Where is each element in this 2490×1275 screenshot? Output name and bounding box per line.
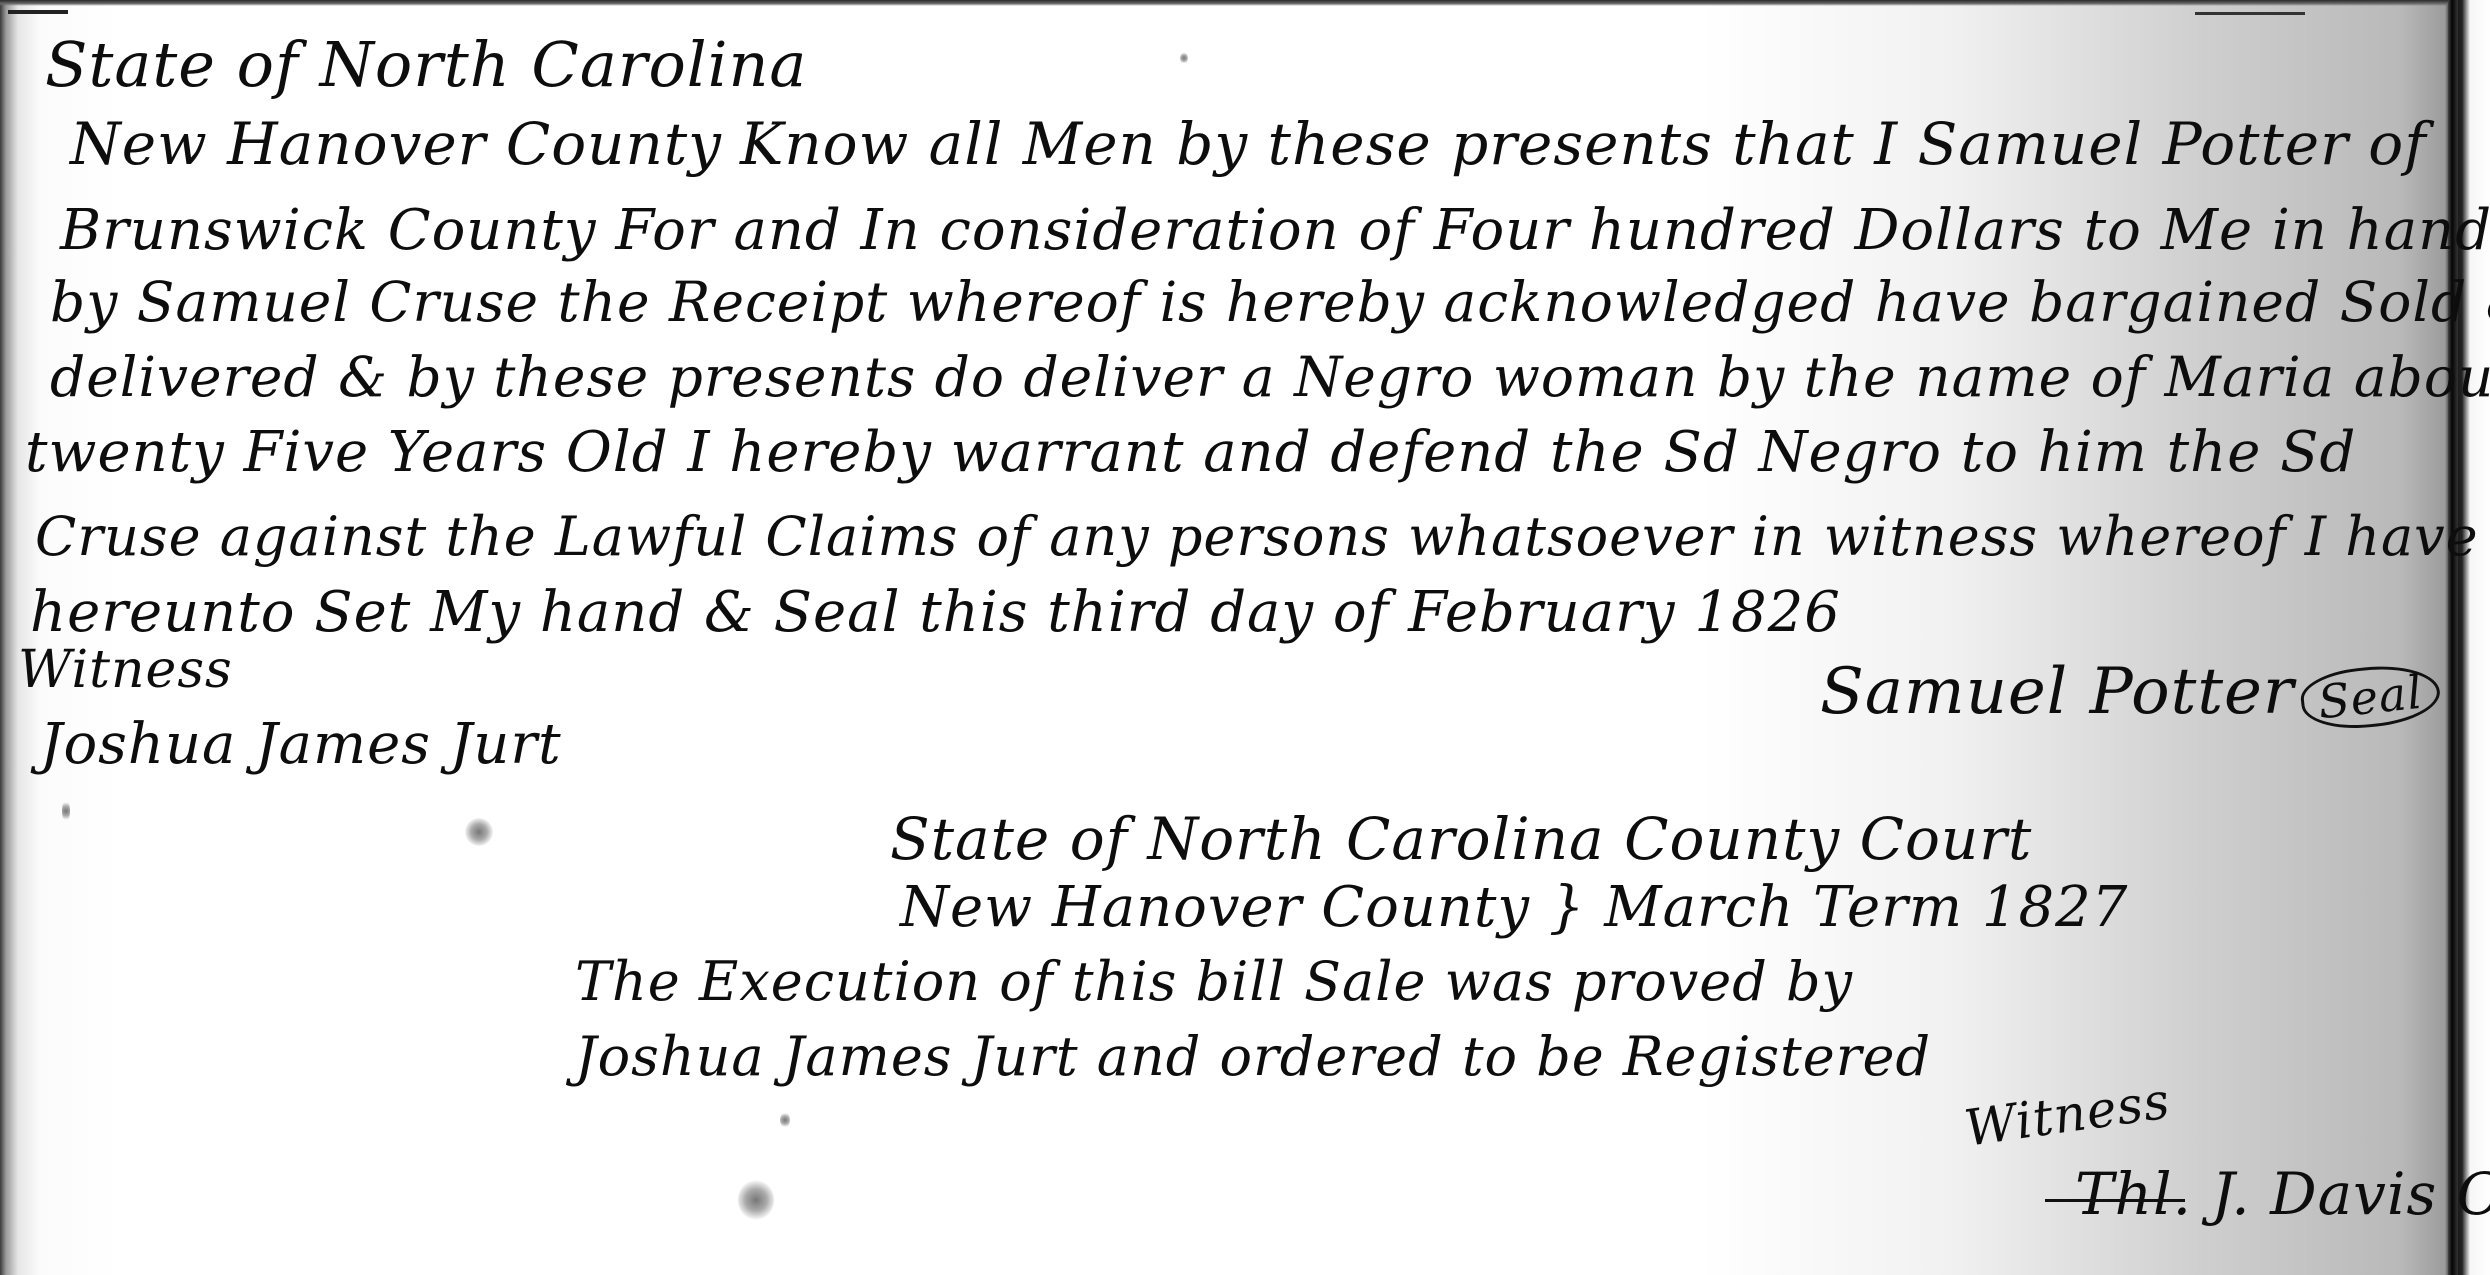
deed-heading-county: New Hanover County [70,110,722,178]
top-left-rule-mark [8,10,68,14]
ink-spot-stain [465,818,493,846]
ink-spot-stain [738,1180,774,1220]
probate-line-1: The Execution of this bill Sale was prov… [575,950,1853,1013]
deed-line-3: by Samuel Cruse the Receipt whereof is h… [50,270,2490,334]
clerk-signature: Thl. J. Davis Clk [2075,1160,2490,1228]
probate-heading-line-2: New Hanover County } March Term 1827 [900,875,2128,940]
scanned-document-page: State of North Carolina New Hanover Coun… [0,0,2490,1275]
deed-heading-state: State of North Carolina [45,28,807,101]
grantor-signature-name: Samuel Potter [1820,655,2295,729]
seal-mark: Seal [2298,660,2442,734]
page-gutter-shadow [2448,0,2458,1275]
top-right-rule-mark [2195,12,2305,15]
deed-line-5: twenty Five Years Old I hereby warrant a… [25,420,2356,485]
ink-spot-stain [62,800,70,822]
deed-witness-label: Witness [18,640,233,700]
deed-witness-name: Joshua James Jurt [40,712,562,777]
grantor-signature: Samuel PotterSeal [1820,655,2439,729]
deed-line-1: Know all Men by these presents that I Sa… [740,110,2427,178]
deed-line-7: hereunto Set My hand & Seal this third d… [30,580,1841,645]
probate-line-2: Joshua James Jurt and ordered to be Regi… [575,1025,1931,1088]
deed-line-4: delivered & by these presents do deliver… [50,345,2490,409]
deed-line-6: Cruse against the Lawful Claims of any p… [35,505,2479,568]
ink-spot-stain [780,1112,790,1128]
deed-line-2: Brunswick County For and In consideratio… [60,198,2490,263]
probate-witness-label: Witness [1961,1072,2174,1158]
ink-spot-stain [1180,52,1188,64]
probate-heading-line-1: State of North Carolina County Court [890,805,2032,873]
top-border-rule [0,0,2450,6]
